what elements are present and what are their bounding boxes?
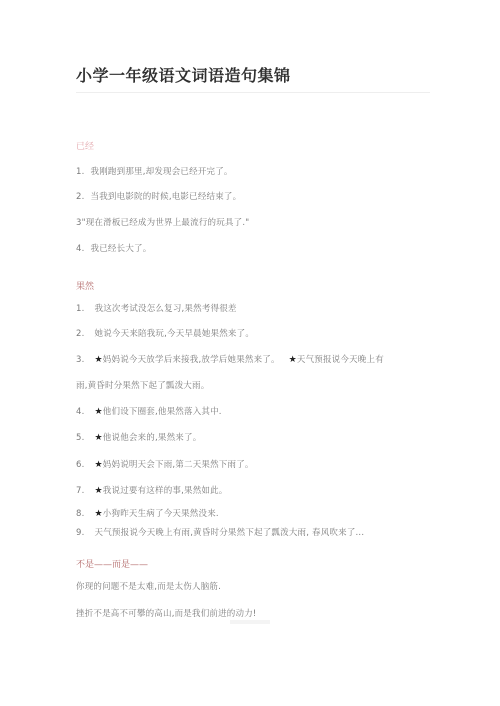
item-number: 3. — [76, 355, 85, 365]
section-heading-bushi-ershi: 不是——而是—— — [76, 557, 148, 570]
item-text: 你现的问题不是太难,而是太伤人脑筋. — [76, 582, 221, 592]
list-item: 3"现在滑板已经成为世界上最流行的玩具了." — [76, 216, 249, 228]
item-text: 当我到电影院的时候,电影已经结束了。 — [91, 192, 242, 202]
item-number: 6. — [76, 460, 85, 470]
page-footer-mark — [230, 620, 270, 624]
list-item: 5.★他说他会来的,果然来了。 — [76, 431, 201, 443]
list-item: 3.★妈妈说今天放学后来接我,放学后她果然来了。 ★天气预报说今天晚上有 — [76, 353, 384, 365]
list-item: 4.★他们设下圈套,他果然落入其中. — [76, 405, 222, 417]
list-item: 7.★我说过要有这样的事,果然如此。 — [76, 484, 228, 496]
item-number: 2. — [76, 329, 85, 339]
item-text: 小狗昨天生病了今天果然没来. — [103, 509, 219, 519]
list-item: 2.她说今天来陪我玩,今天早晨她果然来了。 — [76, 327, 254, 339]
title-divider — [76, 92, 430, 93]
item-text: 妈妈说今天放学后来接我,放学后她果然来了。 — [103, 355, 280, 365]
item-number: 7. — [76, 486, 85, 496]
section-heading-guoran: 果然 — [76, 279, 94, 292]
item-number: 5. — [76, 433, 85, 443]
section-heading-yijing: 已经 — [76, 139, 94, 152]
star-icon: ★ — [289, 355, 297, 365]
document-page: 小学一年级语文词语造句集锦 已经 1.我刚跑到那里,却发现会已经开完了。 2.当… — [0, 0, 500, 706]
item-text: 天气预报说今天晚上有雨,黄昏时分果然下起了瓢泼大雨, 春风吹来了... — [95, 528, 365, 538]
item-number: 1. — [76, 167, 85, 177]
page-title: 小学一年级语文词语造句集锦 — [76, 63, 291, 86]
list-item: 8.★小狗昨天生病了今天果然没来. — [76, 507, 219, 519]
item-number: 4. — [76, 244, 85, 254]
star-icon: ★ — [95, 355, 103, 365]
list-item: 挫折不是高不可攀的高山,而是我们前进的动力! — [76, 607, 257, 619]
star-icon: ★ — [95, 486, 103, 496]
item-text: 他说他会来的,果然来了。 — [103, 433, 202, 443]
item-text: 我已经长大了。 — [91, 244, 152, 254]
list-item: 6.★妈妈说明天会下雨,第二天果然下雨了。 — [76, 458, 254, 470]
item-number: 2. — [76, 192, 85, 202]
item-text: 雨,黄昏时分果然下起了瓢泼大雨。 — [76, 381, 209, 391]
item-number: 9. — [76, 528, 85, 538]
list-item: 1.我刚跑到那里,却发现会已经开完了。 — [76, 165, 233, 177]
item-number: 1. — [76, 304, 85, 314]
item-text: 我这次考试没怎么复习,果然考得很差 — [95, 304, 237, 314]
item-text: 我说过要有这样的事,果然如此。 — [103, 486, 228, 496]
item-number: 8. — [76, 509, 85, 519]
item-number: 4. — [76, 407, 85, 417]
item-text: "现在滑板已经成为世界上最流行的玩具了." — [82, 218, 250, 228]
star-icon: ★ — [95, 509, 103, 519]
list-item-continuation: 雨,黄昏时分果然下起了瓢泼大雨。 — [76, 379, 209, 391]
star-icon: ★ — [95, 407, 103, 417]
list-item: 9.天气预报说今天晚上有雨,黄昏时分果然下起了瓢泼大雨, 春风吹来了... — [76, 526, 364, 538]
item-text: 他们设下圈套,他果然落入其中. — [103, 407, 222, 417]
star-icon: ★ — [95, 460, 103, 470]
item-text: 妈妈说明天会下雨,第二天果然下雨了。 — [103, 460, 254, 470]
list-item: 1.我这次考试没怎么复习,果然考得很差 — [76, 302, 237, 314]
item-text: 我刚跑到那里,却发现会已经开完了。 — [91, 167, 233, 177]
star-icon: ★ — [95, 433, 103, 443]
list-item: 你现的问题不是太难,而是太伤人脑筋. — [76, 580, 221, 592]
list-item: 2.当我到电影院的时候,电影已经结束了。 — [76, 190, 241, 202]
list-item: 4.我已经长大了。 — [76, 242, 151, 254]
item-text: 她说今天来陪我玩,今天早晨她果然来了。 — [95, 329, 255, 339]
item-text-2: 天气预报说今天晚上有 — [297, 355, 384, 365]
item-text: 挫折不是高不可攀的高山,而是我们前进的动力! — [76, 609, 257, 619]
